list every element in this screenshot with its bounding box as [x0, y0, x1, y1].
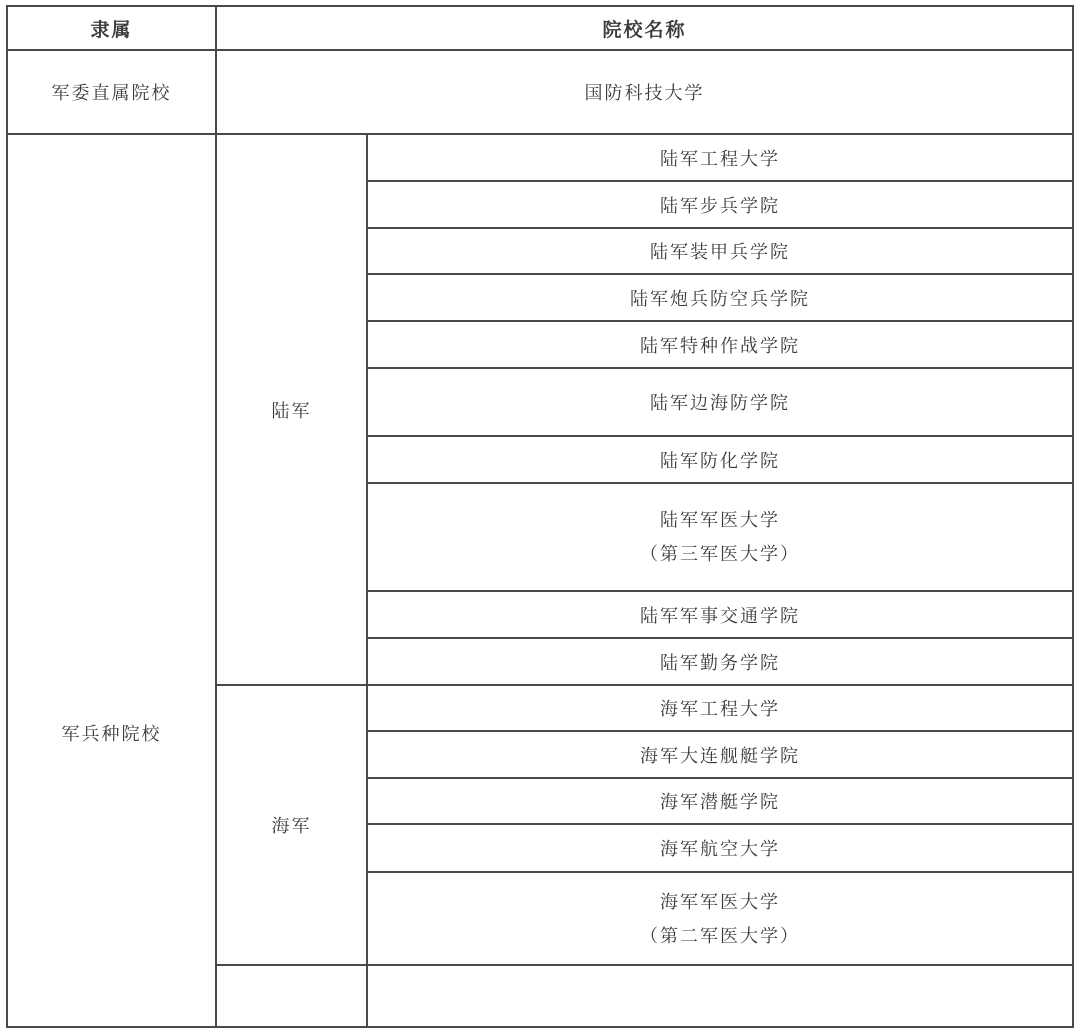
cell-school-navy-4: 海军军医大学 （第二军医大学）: [368, 873, 1072, 964]
cell-branch-next-partial: [217, 966, 366, 974]
cell-school-army-6: 陆军防化学院: [368, 437, 1072, 482]
school-name-line1: 陆军军医大学: [660, 503, 780, 537]
school-name-line2: （第二军医大学）: [640, 919, 800, 953]
cell-branch-army: 陆军: [217, 135, 366, 684]
cell-school-army-2: 陆军装甲兵学院: [368, 229, 1072, 273]
cell-school-army-9: 陆军勤务学院: [368, 639, 1072, 684]
header-cell-school-name: 院校名称: [217, 7, 1072, 49]
school-name-line2: （第三军医大学）: [640, 537, 800, 571]
schools-table: 隶属 院校名称 军委直属院校 国防科技大学 军兵种院校 陆军 陆军工程大学 陆军…: [6, 5, 1074, 974]
cell-school-army-4: 陆军特种作战学院: [368, 322, 1072, 367]
school-name-line1: 海军军医大学: [660, 885, 780, 919]
cell-school-army-7: 陆军军医大学 （第三军医大学）: [368, 484, 1072, 590]
cell-school-nudt: 国防科技大学: [217, 51, 1072, 133]
cell-school-army-3: 陆军炮兵防空兵学院: [368, 275, 1072, 320]
cell-school-army-0: 陆军工程大学: [368, 135, 1072, 180]
cell-school-army-1: 陆军步兵学院: [368, 182, 1072, 227]
cell-affiliation-services: 军兵种院校: [8, 135, 215, 974]
cell-affiliation-direct: 军委直属院校: [8, 51, 215, 133]
cell-school-navy-2: 海军潜艇学院: [368, 779, 1072, 823]
cell-school-next-partial: [368, 966, 1072, 974]
cell-school-navy-3: 海军航空大学: [368, 825, 1072, 871]
header-cell-affiliation: 隶属: [8, 7, 215, 49]
cell-school-army-5: 陆军边海防学院: [368, 369, 1072, 435]
cell-branch-navy: 海军: [217, 686, 366, 964]
cell-school-army-8: 陆军军事交通学院: [368, 592, 1072, 637]
cell-school-navy-0: 海军工程大学: [368, 686, 1072, 730]
cell-school-navy-1: 海军大连舰艇学院: [368, 732, 1072, 777]
services-affiliation-label: 军兵种院校: [8, 720, 215, 746]
